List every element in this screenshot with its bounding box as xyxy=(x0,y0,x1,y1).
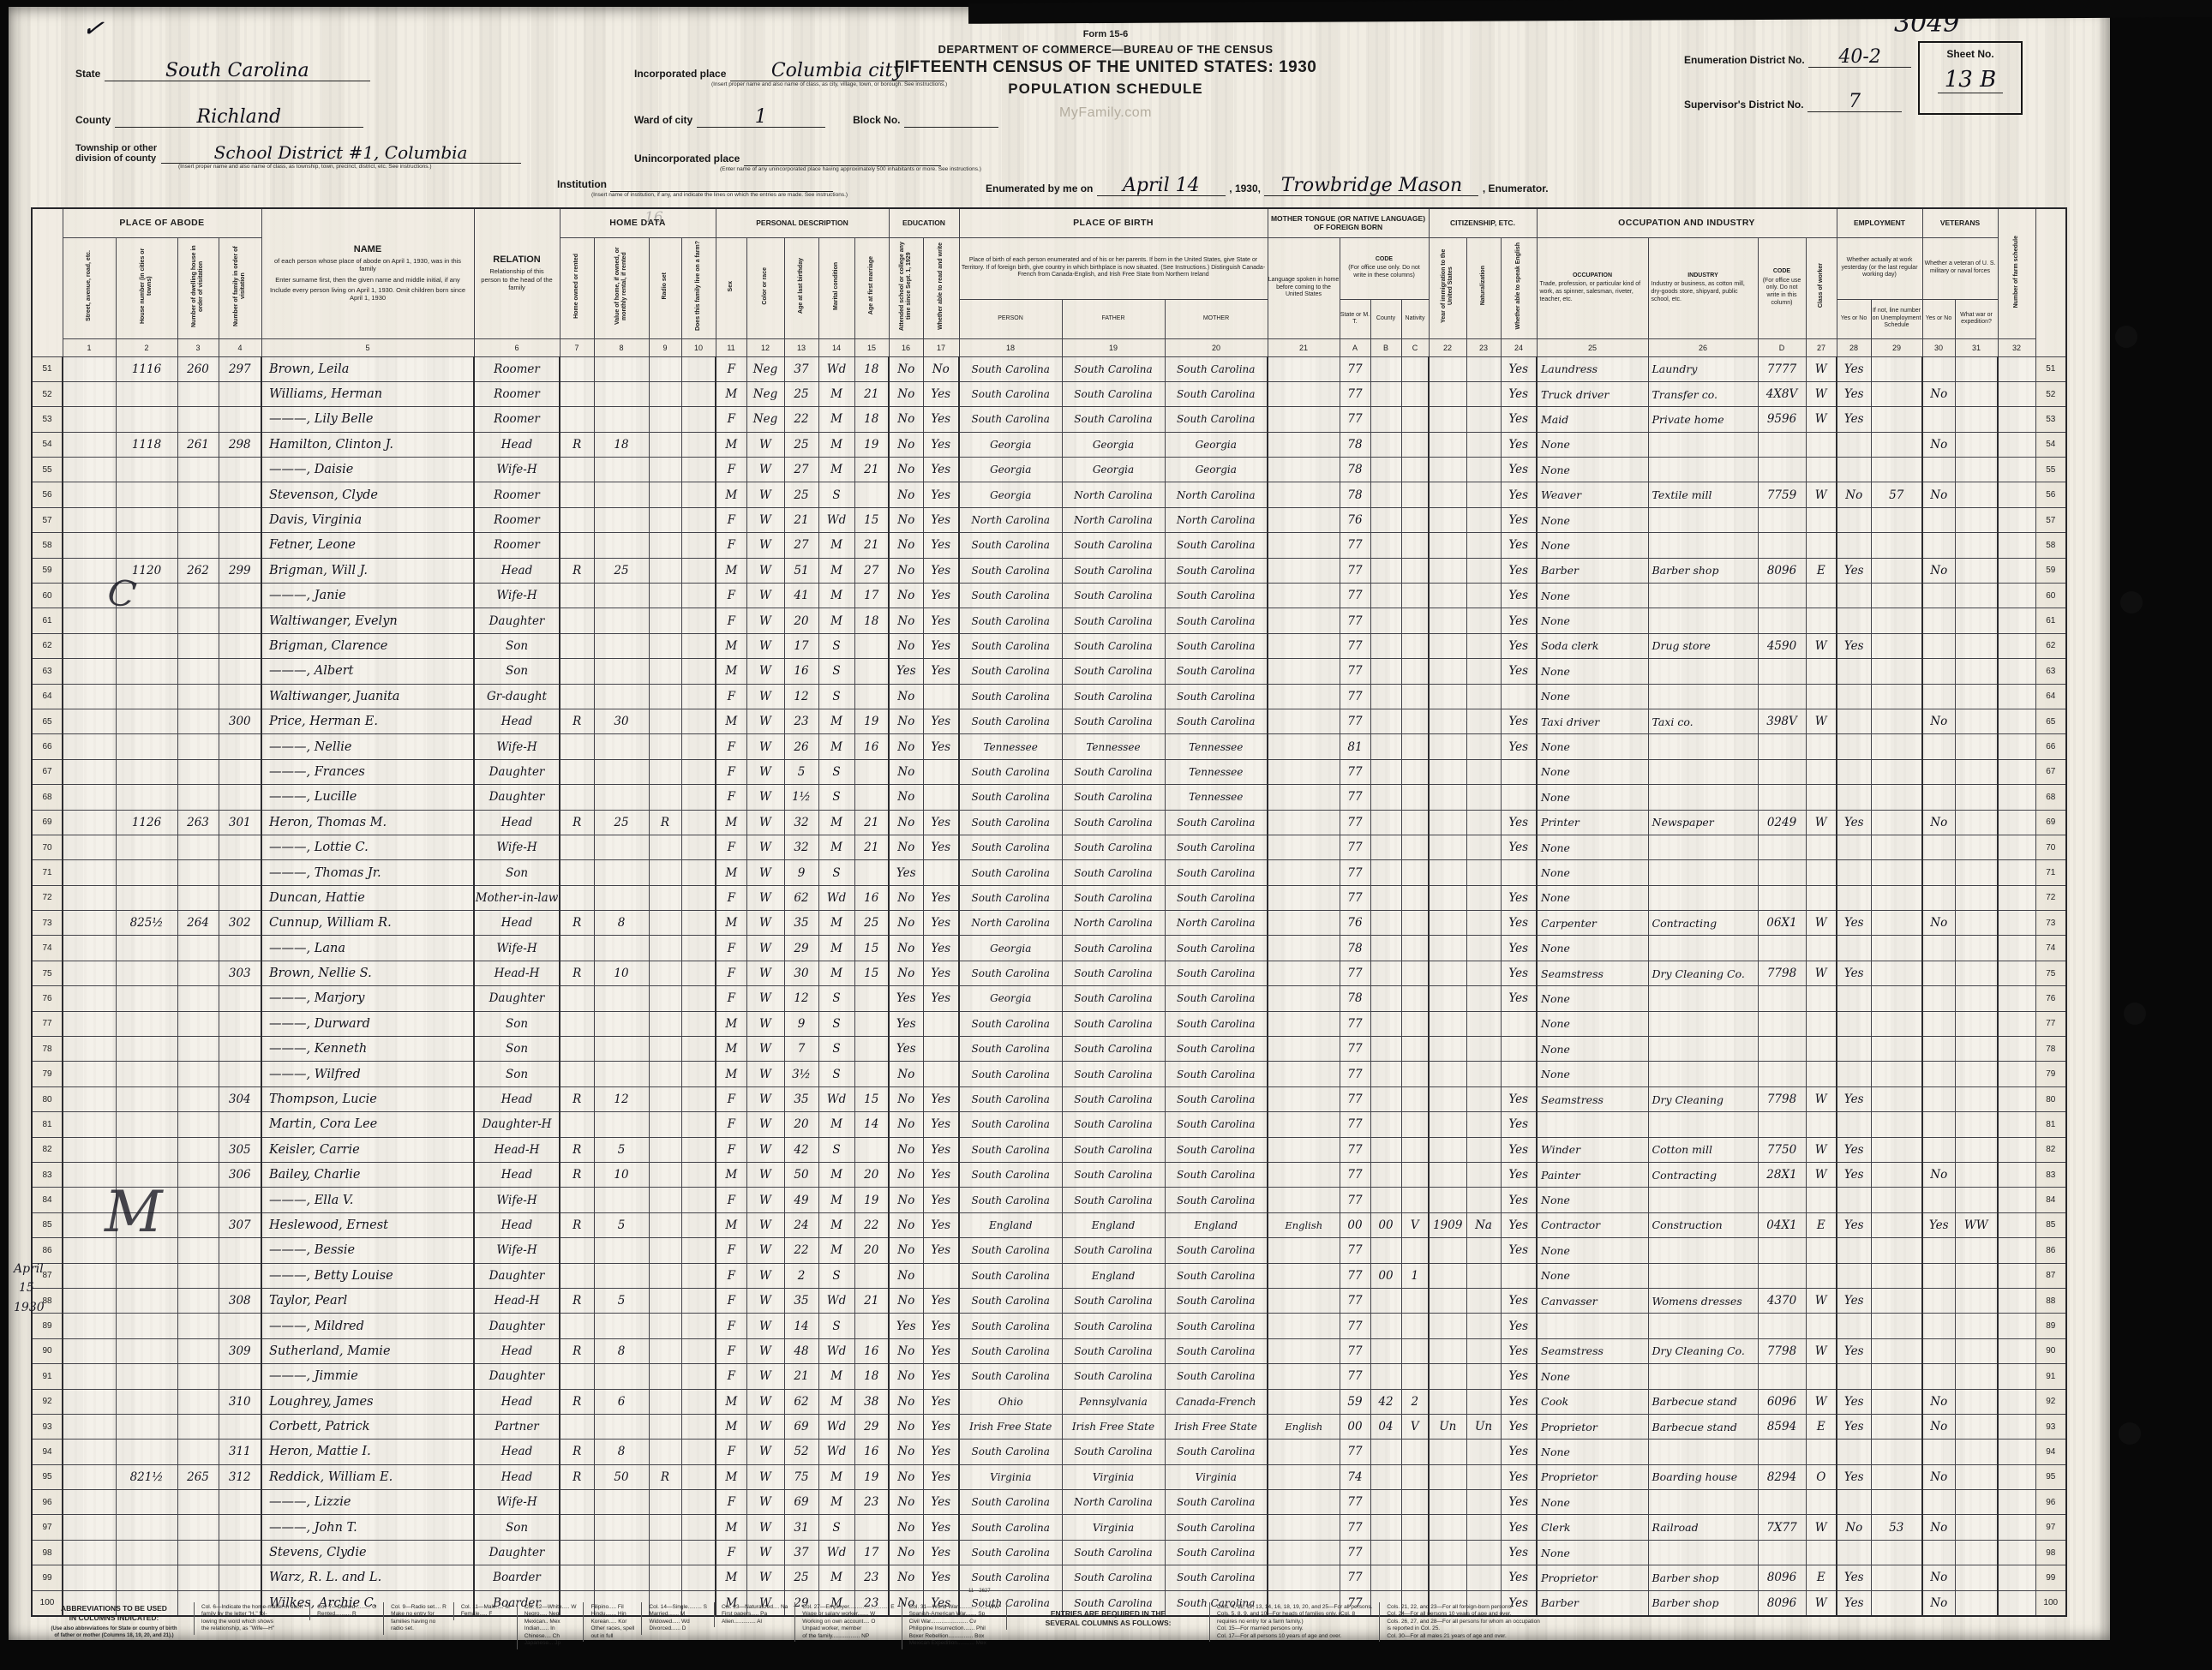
veteran xyxy=(1922,1440,1955,1464)
lives-on-farm xyxy=(681,533,716,558)
year-immigration xyxy=(1429,507,1466,532)
attended-school: No xyxy=(889,558,923,583)
ed-label: Enumeration District No. xyxy=(1684,54,1805,66)
footer-entries-b: Cols. 21, 22, and 23—For all foreign-bor… xyxy=(1379,1602,1547,1642)
lives-on-farm xyxy=(681,1565,716,1590)
at-work-yesterday xyxy=(1837,684,1871,709)
at-work-yesterday: Yes xyxy=(1837,558,1871,583)
code-b: 42 xyxy=(1370,1389,1401,1414)
name: Reddick, William E. xyxy=(261,1464,474,1489)
age-at-first-marriage: 17 xyxy=(854,584,889,608)
birthplace-mother: South Carolina xyxy=(1165,633,1268,658)
birthplace-father: South Carolina xyxy=(1062,1112,1165,1137)
birthplace-person: South Carolina xyxy=(959,1086,1062,1111)
class-of-worker: W xyxy=(1806,1389,1837,1414)
house-number xyxy=(116,835,177,859)
industry: Textile mill xyxy=(1648,482,1758,507)
code-a: 77 xyxy=(1340,533,1370,558)
code-abc-header: CODE (For office use only. Do not write … xyxy=(1340,237,1429,299)
family-number: 299 xyxy=(219,558,261,583)
mother-tongue xyxy=(1268,659,1340,684)
industry: Railroad xyxy=(1648,1515,1758,1540)
attended-school: No xyxy=(889,1490,923,1515)
age-at-first-marriage: 15 xyxy=(854,507,889,532)
footer-col6: Col. 6—Indicate the home-maker in each f… xyxy=(194,1602,309,1635)
age-at-first-marriage: 27 xyxy=(854,558,889,583)
marital-condition: M xyxy=(818,558,854,583)
code-b xyxy=(1370,734,1401,759)
code-d xyxy=(1758,507,1806,532)
name: ———, Durward xyxy=(261,1011,474,1036)
relation: Son xyxy=(474,1515,560,1540)
code-d xyxy=(1758,1440,1806,1464)
birthplace-father: South Carolina xyxy=(1062,810,1165,835)
age: 25 xyxy=(784,432,818,457)
read-and-write: Yes xyxy=(923,381,959,406)
enumerated-date: April 14 xyxy=(1123,175,1200,196)
at-work-yesterday xyxy=(1837,860,1871,885)
unemployment-line xyxy=(1871,734,1922,759)
color-or-race: Neg xyxy=(746,407,784,432)
census-row: 82305Keisler, CarrieHead-HR5FW42SNoYesSo… xyxy=(32,1137,2066,1162)
sheet-value: 13 B xyxy=(1938,67,2003,93)
line-number-right: 67 xyxy=(2035,759,2066,784)
industry xyxy=(1648,1062,1758,1086)
birthplace-mother: South Carolina xyxy=(1165,1037,1268,1062)
hole-punch xyxy=(2120,591,2143,614)
line-number: 78 xyxy=(32,1037,63,1062)
speaks-english: Yes xyxy=(1501,381,1537,406)
township-value: School District #1, Columbia xyxy=(214,142,468,163)
code-b xyxy=(1370,533,1401,558)
home-value xyxy=(594,684,649,709)
farm-schedule xyxy=(1998,1011,2035,1036)
industry: Taxi co. xyxy=(1648,709,1758,733)
age-at-first-marriage: 16 xyxy=(854,1338,889,1363)
age-at-first-marriage: 38 xyxy=(854,1389,889,1414)
code-d xyxy=(1758,1490,1806,1515)
footer-entries-title: ENTRIES ARE REQUIRED IN THE SEVERAL COLU… xyxy=(1006,1602,1209,1630)
sex: F xyxy=(716,356,746,381)
house-number xyxy=(116,1086,177,1111)
hole-punch xyxy=(2119,1422,2141,1445)
birthplace-person: South Carolina xyxy=(959,1037,1062,1062)
class-of-worker xyxy=(1806,1490,1837,1515)
age-at-first-marriage: 21 xyxy=(854,458,889,482)
veteran xyxy=(1922,507,1955,532)
dwelling-number xyxy=(177,1212,219,1237)
street xyxy=(63,1490,116,1515)
veteran: No xyxy=(1922,1515,1955,1540)
year-immigration: 1909 xyxy=(1429,1212,1466,1237)
county-value: Richland xyxy=(197,106,282,128)
year-immigration xyxy=(1429,1389,1466,1414)
attended-school: No xyxy=(889,810,923,835)
birthplace-father: South Carolina xyxy=(1062,986,1165,1011)
birthplace-mother: South Carolina xyxy=(1165,1515,1268,1540)
farm-schedule xyxy=(1998,860,2035,885)
year-immigration xyxy=(1429,785,1466,810)
house-number xyxy=(116,759,177,784)
radio-set xyxy=(649,961,681,985)
code-c xyxy=(1401,1314,1429,1338)
dwelling-number xyxy=(177,709,219,733)
home-owned-or-rented: R xyxy=(560,1338,594,1363)
birthplace-father: Pennsylvania xyxy=(1062,1389,1165,1414)
dwelling-number: 260 xyxy=(177,356,219,381)
read-and-write: No xyxy=(923,356,959,381)
age: 12 xyxy=(784,684,818,709)
marital-condition: Wd xyxy=(818,1338,854,1363)
color-or-race: W xyxy=(746,1163,784,1188)
code-a: 77 xyxy=(1340,961,1370,985)
farm-schedule xyxy=(1998,533,2035,558)
family-number xyxy=(219,659,261,684)
census-row: 62Brigman, ClarenceSonMW17SNoYesSouth Ca… xyxy=(32,633,2066,658)
mother-tongue xyxy=(1268,356,1340,381)
birthplace-person: South Carolina xyxy=(959,759,1062,784)
at-work-yesterday: Yes xyxy=(1837,810,1871,835)
radio-set xyxy=(649,1163,681,1188)
street xyxy=(63,684,116,709)
family-number: 298 xyxy=(219,432,261,457)
industry xyxy=(1648,835,1758,859)
code-a: 77 xyxy=(1340,1163,1370,1188)
war-or-expedition xyxy=(1955,1137,1998,1162)
naturalization xyxy=(1466,1188,1501,1212)
birthplace-father: South Carolina xyxy=(1062,633,1165,658)
sex: F xyxy=(716,759,746,784)
age: 1½ xyxy=(784,785,818,810)
mother-tongue xyxy=(1268,482,1340,507)
marital-condition: S xyxy=(818,1037,854,1062)
mother-tongue xyxy=(1268,1490,1340,1515)
at-work-yesterday xyxy=(1837,759,1871,784)
sex: F xyxy=(716,1288,746,1313)
year-immigration xyxy=(1429,356,1466,381)
unemployment-line xyxy=(1871,860,1922,885)
marital-condition: Wd xyxy=(818,1086,854,1111)
class-of-worker xyxy=(1806,1238,1837,1263)
speaks-english: Yes xyxy=(1501,458,1537,482)
mother-tongue xyxy=(1268,709,1340,733)
color-or-race: W xyxy=(746,1464,784,1489)
birthplace-mother: Georgia xyxy=(1165,432,1268,457)
code-a: 77 xyxy=(1340,407,1370,432)
name: ———, Ella V. xyxy=(261,1188,474,1212)
sex: M xyxy=(716,1414,746,1439)
farm-schedule xyxy=(1998,1414,2035,1439)
age-at-first-marriage: 16 xyxy=(854,734,889,759)
year-immigration xyxy=(1429,1062,1466,1086)
code-b xyxy=(1370,1188,1401,1212)
code-c xyxy=(1401,1288,1429,1313)
naturalization xyxy=(1466,659,1501,684)
home-owned-or-rented xyxy=(560,507,594,532)
relation: Head xyxy=(474,558,560,583)
lives-on-farm xyxy=(681,986,716,1011)
war-or-expedition xyxy=(1955,1288,1998,1313)
code-b xyxy=(1370,1464,1401,1489)
dwelling-number xyxy=(177,1188,219,1212)
census-row: 79———, WilfredSonMW3½SNoSouth CarolinaSo… xyxy=(32,1062,2066,1086)
naturalization xyxy=(1466,1011,1501,1036)
year-immigration xyxy=(1429,961,1466,985)
speaks-english: Yes xyxy=(1501,608,1537,633)
line-number-right: 57 xyxy=(2035,507,2066,532)
census-row: 86———, BessieWife-HFW22M20NoYesSouth Car… xyxy=(32,1238,2066,1263)
line-number: 90 xyxy=(32,1338,63,1363)
dwelling-number xyxy=(177,860,219,885)
home-value xyxy=(594,1565,649,1590)
family-number: 300 xyxy=(219,709,261,733)
house-number: 821½ xyxy=(116,1464,177,1489)
read-and-write xyxy=(923,684,959,709)
naturalization xyxy=(1466,709,1501,733)
relation: Daughter xyxy=(474,1263,560,1288)
line-number-right: 51 xyxy=(2035,356,2066,381)
farm-schedule xyxy=(1998,1112,2035,1137)
code-d-header: CODE (For office use only. Do not write … xyxy=(1758,237,1806,338)
home-owned-or-rented xyxy=(560,1112,594,1137)
relation: Daughter xyxy=(474,785,560,810)
home-owned-or-rented: R xyxy=(560,1389,594,1414)
read-and-write: Yes xyxy=(923,482,959,507)
sex: M xyxy=(716,810,746,835)
color-or-race: W xyxy=(746,1037,784,1062)
birthplace-father: Georgia xyxy=(1062,458,1165,482)
name-column-header: NAME of each person whose place of abode… xyxy=(261,208,474,338)
footer-title: ABBREVIATIONS TO BE USED IN COLUMNS INDI… xyxy=(34,1602,194,1651)
name: Taylor, Pearl xyxy=(261,1288,474,1313)
veteran: No xyxy=(1922,810,1955,835)
lives-on-farm xyxy=(681,1314,716,1338)
home-value: 5 xyxy=(594,1137,649,1162)
footer-col31: Col. 31—World War................... WW … xyxy=(902,1602,1006,1649)
line-number: 84 xyxy=(32,1188,63,1212)
unemployment-line xyxy=(1871,911,1922,936)
mother-tongue xyxy=(1268,936,1340,961)
code-d xyxy=(1758,885,1806,910)
industry xyxy=(1648,684,1758,709)
street xyxy=(63,1515,116,1540)
war-or-expedition xyxy=(1955,659,1998,684)
age: 49 xyxy=(784,1188,818,1212)
color-or-race: W xyxy=(746,911,784,936)
dwelling-number-header: Number of dwelling house in order of vis… xyxy=(177,237,219,338)
home-owned-or-rented: R xyxy=(560,1086,594,1111)
home-owned-or-rented xyxy=(560,533,594,558)
birthplace-mother: South Carolina xyxy=(1165,1238,1268,1263)
war-or-expedition xyxy=(1955,961,1998,985)
group-education: EDUCATION xyxy=(889,208,959,237)
color-or-race: W xyxy=(746,432,784,457)
occupation: None xyxy=(1537,785,1648,810)
speaks-english: Yes xyxy=(1501,986,1537,1011)
home-owned-or-rented: R xyxy=(560,558,594,583)
birthplace-person: South Carolina xyxy=(959,785,1062,810)
line-number-right: 68 xyxy=(2035,785,2066,810)
line-number: 91 xyxy=(32,1364,63,1389)
code-b xyxy=(1370,1540,1401,1565)
home-value-header: Value of home, if owned, or monthly rent… xyxy=(594,237,649,338)
code-a: 78 xyxy=(1340,482,1370,507)
mother-tongue xyxy=(1268,759,1340,784)
read-and-write: Yes xyxy=(923,407,959,432)
occupation: Proprietor xyxy=(1537,1414,1648,1439)
occupation: None xyxy=(1537,684,1648,709)
birthplace-mother: South Carolina xyxy=(1165,558,1268,583)
speaks-english: Yes xyxy=(1501,356,1537,381)
year-immigration xyxy=(1429,659,1466,684)
radio-set xyxy=(649,1112,681,1137)
lives-on-farm xyxy=(681,659,716,684)
age-at-first-marriage xyxy=(854,860,889,885)
state-label: State xyxy=(75,68,100,80)
home-value xyxy=(594,1314,649,1338)
code-c xyxy=(1401,1011,1429,1036)
house-number xyxy=(116,633,177,658)
at-work-yesterday: Yes xyxy=(1837,1464,1871,1489)
color-or-race: W xyxy=(746,860,784,885)
family-number xyxy=(219,1037,261,1062)
color-or-race: W xyxy=(746,558,784,583)
code-c xyxy=(1401,533,1429,558)
sex: F xyxy=(716,608,746,633)
street xyxy=(63,1288,116,1313)
code-a: 78 xyxy=(1340,986,1370,1011)
immigration-year-header: Year of immigration to the United States xyxy=(1429,237,1466,338)
line-number-right: 90 xyxy=(2035,1338,2066,1363)
code-b xyxy=(1370,482,1401,507)
dwelling-number xyxy=(177,885,219,910)
occupation: Winder xyxy=(1537,1137,1648,1162)
age-at-first-marriage: 23 xyxy=(854,1565,889,1590)
home-value xyxy=(594,835,649,859)
line-number-right: 84 xyxy=(2035,1188,2066,1212)
sex: F xyxy=(716,1364,746,1389)
war-or-expedition xyxy=(1955,1440,1998,1464)
name: Davis, Virginia xyxy=(261,507,474,532)
unemployment-line xyxy=(1871,1011,1922,1036)
war-or-expedition xyxy=(1955,1263,1998,1288)
occupation: None xyxy=(1537,885,1648,910)
radio-set xyxy=(649,1037,681,1062)
code-c xyxy=(1401,911,1429,936)
attended-school: No xyxy=(889,1086,923,1111)
family-number xyxy=(219,1011,261,1036)
code-d: 6096 xyxy=(1758,1389,1806,1414)
war-or-expedition xyxy=(1955,558,1998,583)
code-a: 76 xyxy=(1340,911,1370,936)
code-d: 8294 xyxy=(1758,1464,1806,1489)
dwelling-number xyxy=(177,1490,219,1515)
class-of-worker xyxy=(1806,584,1837,608)
line-number-right: 73 xyxy=(2035,911,2066,936)
year-immigration xyxy=(1429,1086,1466,1111)
code-b xyxy=(1370,356,1401,381)
dwelling-number xyxy=(177,1540,219,1565)
county-field: County Richland xyxy=(75,108,363,128)
code-b xyxy=(1370,759,1401,784)
census-row: 95821½265312Reddick, William E.HeadR50RM… xyxy=(32,1464,2066,1489)
age: 29 xyxy=(784,936,818,961)
code-a: 77 xyxy=(1340,1540,1370,1565)
attended-school: No xyxy=(889,1565,923,1590)
line-number: 74 xyxy=(32,936,63,961)
read-and-write: Yes xyxy=(923,1490,959,1515)
age-at-first-marriage xyxy=(854,785,889,810)
line-number: 64 xyxy=(32,684,63,709)
census-row: 97———, John T.SonMW31SNoYesSouth Carolin… xyxy=(32,1515,2066,1540)
unemployment-line xyxy=(1871,1112,1922,1137)
industry xyxy=(1648,432,1758,457)
class-of-worker: W xyxy=(1806,911,1837,936)
lives-on-farm xyxy=(681,759,716,784)
birthplace-person: Georgia xyxy=(959,936,1062,961)
unemployment-line xyxy=(1871,1037,1922,1062)
code-d: 4590 xyxy=(1758,633,1806,658)
attended-school: No xyxy=(889,533,923,558)
sex: F xyxy=(716,458,746,482)
naturalization xyxy=(1466,1238,1501,1263)
dwelling-number xyxy=(177,936,219,961)
name: Corbett, Patrick xyxy=(261,1414,474,1439)
line-number-right: 72 xyxy=(2035,885,2066,910)
year-immigration xyxy=(1429,810,1466,835)
code-c xyxy=(1401,885,1429,910)
home-owned-or-rented xyxy=(560,407,594,432)
birthplace-person: Georgia xyxy=(959,458,1062,482)
speaks-english: Yes xyxy=(1501,584,1537,608)
year-immigration xyxy=(1429,633,1466,658)
street xyxy=(63,407,116,432)
code-b xyxy=(1370,936,1401,961)
occupation: Soda clerk xyxy=(1537,633,1648,658)
home-owned-or-rented: R xyxy=(560,1288,594,1313)
code-a: 77 xyxy=(1340,860,1370,885)
enumerated-prefix: Enumerated by me on xyxy=(986,183,1093,195)
name: Williams, Herman xyxy=(261,381,474,406)
age-at-first-marriage: 19 xyxy=(854,1464,889,1489)
code-b xyxy=(1370,507,1401,532)
footer-col9: Col. 9—Radio set.... R Make no entry for… xyxy=(383,1602,453,1635)
birthplace-father: South Carolina xyxy=(1062,558,1165,583)
color-or-race: W xyxy=(746,709,784,733)
township-label2: division of county xyxy=(75,153,156,164)
street xyxy=(63,1389,116,1414)
street xyxy=(63,558,116,583)
radio-set xyxy=(649,633,681,658)
relation: Son xyxy=(474,633,560,658)
naturalization xyxy=(1466,608,1501,633)
at-work-yesterday xyxy=(1837,458,1871,482)
code-c xyxy=(1401,356,1429,381)
industry xyxy=(1648,734,1758,759)
code-a: 77 xyxy=(1340,810,1370,835)
mother-tongue xyxy=(1268,407,1340,432)
census-row: 77———, DurwardSonMW9SYesSouth CarolinaSo… xyxy=(32,1011,2066,1036)
lives-on-farm xyxy=(681,911,716,936)
sex: F xyxy=(716,961,746,985)
war-or-expedition xyxy=(1955,608,1998,633)
year-immigration xyxy=(1429,1464,1466,1489)
relation: Roomer xyxy=(474,482,560,507)
sex: F xyxy=(716,407,746,432)
occupation: Maid xyxy=(1537,407,1648,432)
birthplace-mother: South Carolina xyxy=(1165,1188,1268,1212)
sex: M xyxy=(716,1163,746,1188)
